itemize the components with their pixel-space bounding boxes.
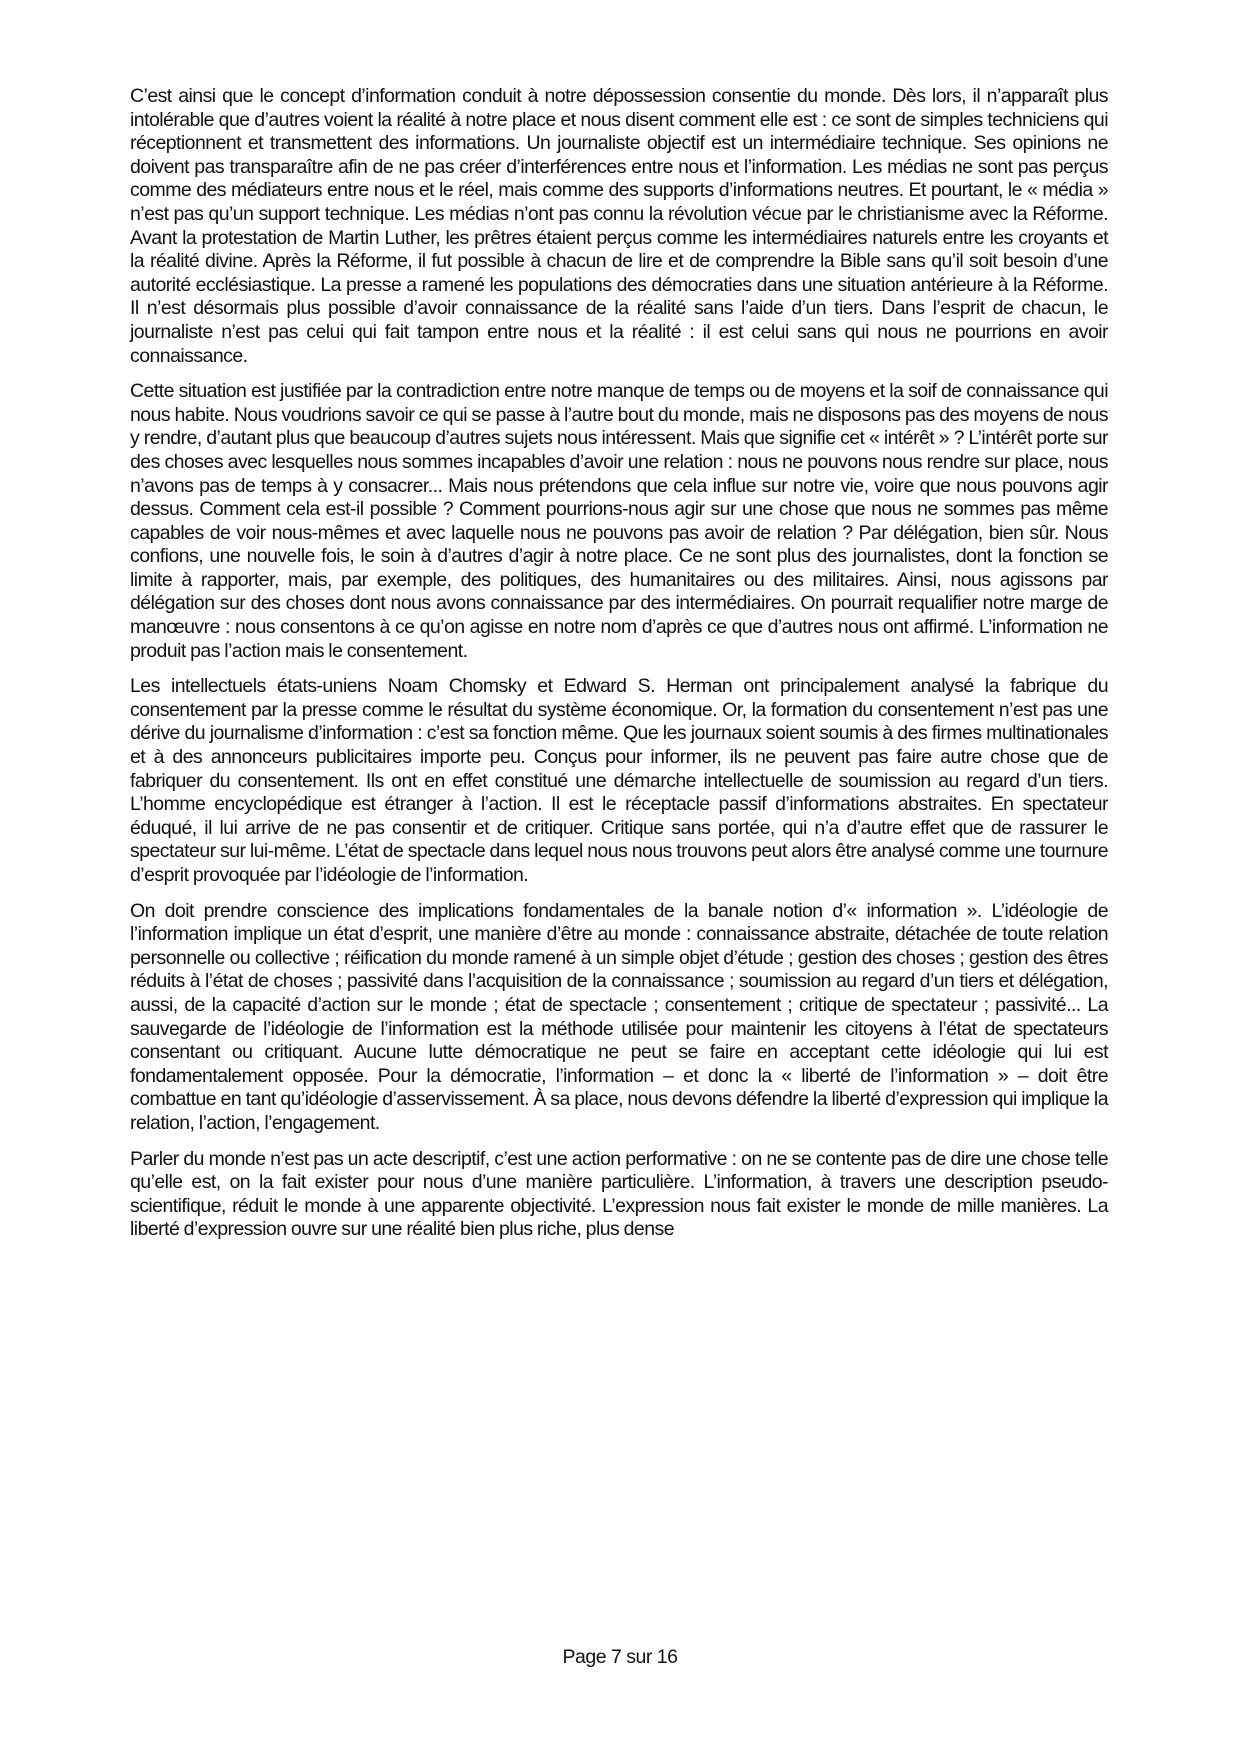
paragraph-2: Cette situation est justifiée par la con… bbox=[130, 380, 1108, 663]
paragraph-5: Parler du monde n’est pas un acte descri… bbox=[130, 1148, 1108, 1242]
paragraph-4: On doit prendre conscience des implicati… bbox=[130, 900, 1108, 1136]
paragraph-1: C’est ainsi que le concept d’information… bbox=[130, 85, 1108, 368]
page-number-footer: Page 7 sur 16 bbox=[0, 1646, 1240, 1669]
paragraph-3: Les intellectuels états-uniens Noam Chom… bbox=[130, 675, 1108, 887]
document-page: C’est ainsi que le concept d’information… bbox=[130, 85, 1108, 1254]
